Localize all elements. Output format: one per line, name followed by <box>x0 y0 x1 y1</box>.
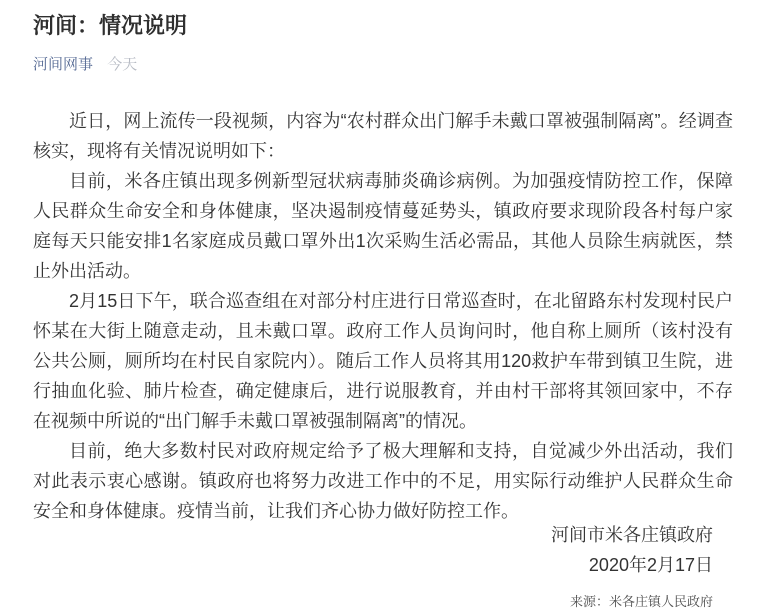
page-title: 河间：情况说明 <box>33 12 733 39</box>
article-paragraph-3: 2月15日下午，联合巡查组在对部分村庄进行日常巡查时，在北留路东村发现村民户怀某… <box>33 286 733 436</box>
account-name-link[interactable]: 河间网事 <box>33 56 93 73</box>
source-line: 来源：米各庄镇人民政府 <box>33 593 733 611</box>
article-meta: 河间网事 今天 <box>33 55 733 75</box>
signature-block: 河间市米各庄镇政府 2020年2月17日 <box>33 520 733 580</box>
article-body: 近日，网上流传一段视频，内容为“农村群众出门解手未戴口罩被强制隔离”。经调查核实… <box>33 106 733 526</box>
article-paragraph-1: 近日，网上流传一段视频，内容为“农村群众出门解手未戴口罩被强制隔离”。经调查核实… <box>33 106 733 166</box>
signature-date: 2020年2月17日 <box>33 550 713 580</box>
article-paragraph-4: 目前，绝大多数村民对政府规定给予了极大理解和支持，自觉减少外出活动，我们对此表示… <box>33 436 733 526</box>
publish-date: 今天 <box>107 56 137 73</box>
article-page: 河间：情况说明 河间网事 今天 近日，网上流传一段视频，内容为“农村群众出门解手… <box>0 0 767 616</box>
article-paragraph-2: 目前，米各庄镇出现多例新型冠状病毒肺炎确诊病例。为加强疫情防控工作，保障人民群众… <box>33 166 733 286</box>
